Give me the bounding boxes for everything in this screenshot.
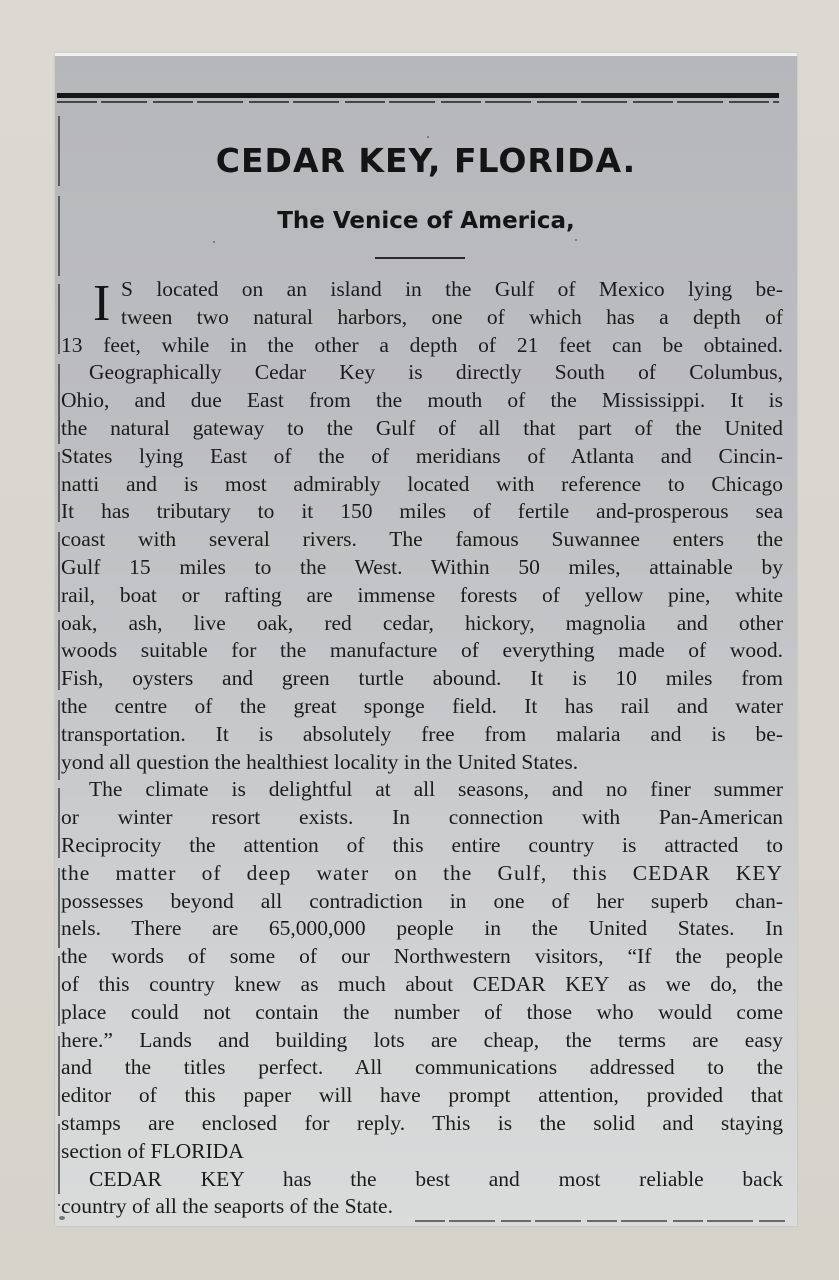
- text-line: yond all question the healthiest localit…: [61, 749, 783, 777]
- article-body: I S located on an island in the Gulf of …: [61, 276, 783, 1221]
- text-line: Fish, oysters and green turtle abound. I…: [61, 665, 783, 693]
- article-subtitle: The Venice of America,: [55, 208, 797, 234]
- text-line: coast with several rivers. The famous Su…: [61, 526, 783, 554]
- text-line: here.” Lands and building lots are cheap…: [61, 1027, 783, 1055]
- text-line: S located on an island in the Gulf of Me…: [61, 276, 783, 304]
- text-line: the centre of the great sponge field. It…: [61, 693, 783, 721]
- top-rule-thin: [57, 101, 779, 103]
- article-title: CEDAR KEY, FLORIDA.: [55, 141, 797, 180]
- text-line: the natural gateway to the Gulf of all t…: [61, 415, 783, 443]
- print-speck: [59, 1216, 65, 1220]
- title-divider: [375, 257, 465, 259]
- text-line: Reciprocity the attention of this entire…: [61, 832, 783, 860]
- text-line: tween two natural harbors, one of which …: [61, 304, 783, 332]
- drop-cap: I: [93, 278, 110, 330]
- text-line: CEDAR KEY has the best and most reliable…: [61, 1166, 783, 1194]
- text-line: country of all the seaports of the State…: [61, 1193, 783, 1221]
- text-line: Ohio, and due East from the mouth of the…: [61, 387, 783, 415]
- text-line: and the titles perfect. All communicatio…: [61, 1054, 783, 1082]
- print-speck: [575, 239, 577, 241]
- text-line: oak, ash, live oak, red cedar, hickory, …: [61, 610, 783, 638]
- text-line: the words of some of our Northwestern vi…: [61, 943, 783, 971]
- text-line: Geographically Cedar Key is directly Sou…: [61, 359, 783, 387]
- text-line: Gulf 15 miles to the West. Within 50 mil…: [61, 554, 783, 582]
- left-column-border: [58, 116, 60, 1206]
- text-line: woods suitable for the manufacture of ev…: [61, 637, 783, 665]
- text-line: The climate is delightful at all seasons…: [61, 776, 783, 804]
- text-line: nels. There are 65,000,000 people in the…: [61, 915, 783, 943]
- text-line: natti and is most admirably located with…: [61, 471, 783, 499]
- print-speck: [427, 136, 429, 138]
- text-line: editor of this paper will have prompt at…: [61, 1082, 783, 1110]
- print-speck: [213, 241, 215, 243]
- text-line: 13 feet, while in the other a depth of 2…: [61, 332, 783, 360]
- bottom-rule: [415, 1220, 785, 1222]
- text-line: States lying East of the of meridians of…: [61, 443, 783, 471]
- text-line: It has tributary to it 150 miles of fert…: [61, 498, 783, 526]
- text-line: of this country knew as much about CEDAR…: [61, 971, 783, 999]
- text-line: the matter of deep water on the Gulf, th…: [61, 860, 783, 888]
- text-line: transportation. It is absolutely free fr…: [61, 721, 783, 749]
- text-line: possesses beyond all contradiction in on…: [61, 888, 783, 916]
- text-line: rail, boat or rafting are immense forest…: [61, 582, 783, 610]
- top-rule: [57, 93, 779, 98]
- text-line: section of FLORIDA: [61, 1138, 783, 1166]
- text-line: or winter resort exists. In connection w…: [61, 804, 783, 832]
- text-line: stamps are enclosed for reply. This is t…: [61, 1110, 783, 1138]
- newspaper-clipping: CEDAR KEY, FLORIDA. The Venice of Americ…: [55, 53, 797, 1226]
- text-line: place could not contain the number of th…: [61, 999, 783, 1027]
